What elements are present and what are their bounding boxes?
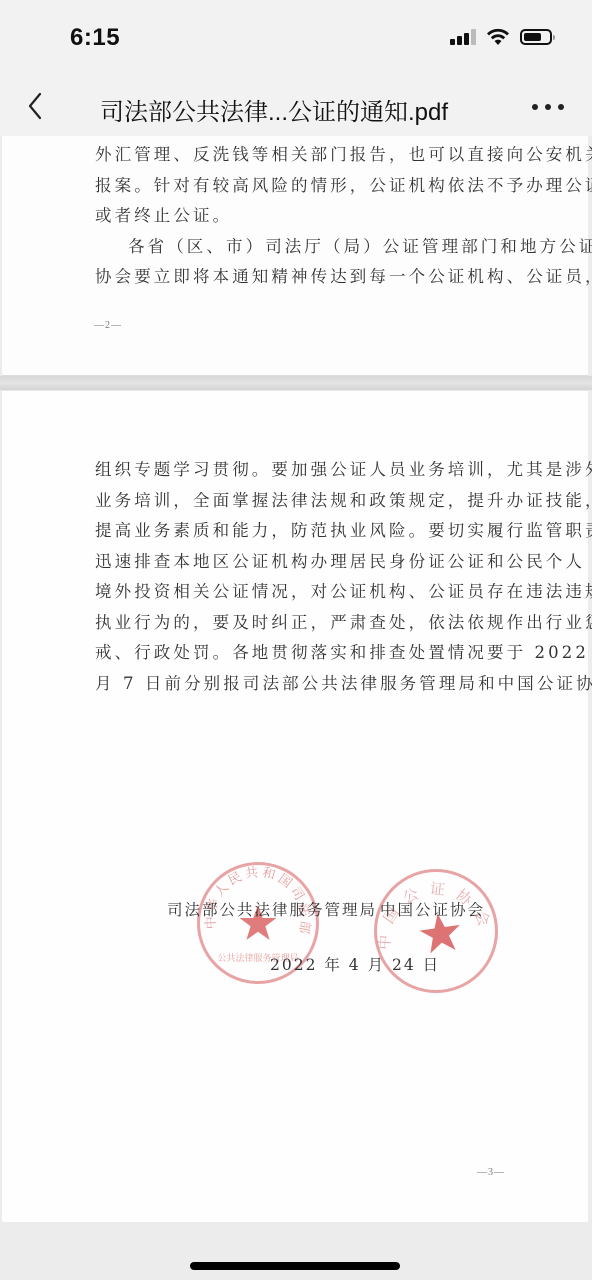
wifi-icon bbox=[486, 28, 510, 46]
pdf-page-3: 组织专题学习贯彻。要加强公证人员业务培训，尤其是涉外 业务培训，全面掌握法律法规… bbox=[2, 390, 588, 1222]
text-line: 协会要立即将本通知精神传达到每一个公证机构、公证员， bbox=[95, 262, 515, 293]
page-separator bbox=[0, 376, 592, 390]
text-line: 执业行为的，要及时纠正，严肃查处，依法依规作出行业惩 bbox=[95, 608, 515, 639]
page-2-body: 外汇管理、反洗钱等相关部门报告，也可以直接向公安机关 报案。针对有较高风险的情形… bbox=[95, 140, 515, 293]
status-time: 6:15 bbox=[70, 24, 120, 52]
page-number: —2— bbox=[94, 320, 122, 331]
text-line: 外汇管理、反洗钱等相关部门报告，也可以直接向公安机关 bbox=[95, 140, 515, 171]
text-line: 提高业务素质和能力，防范执业风险。要切实履行监管职责， bbox=[95, 516, 515, 547]
document-date: 2022 年 4 月 24 日 bbox=[270, 953, 440, 975]
status-icons bbox=[450, 28, 552, 46]
home-indicator[interactable] bbox=[190, 1262, 400, 1270]
pdf-viewer[interactable]: 外汇管理、反洗钱等相关部门报告，也可以直接向公安机关 报案。针对有较高风险的情形… bbox=[0, 136, 592, 1280]
page-3-body: 组织专题学习贯彻。要加强公证人员业务培训，尤其是涉外 业务培训，全面掌握法律法规… bbox=[95, 455, 515, 699]
text-line: 报案。针对有较高风险的情形，公证机构依法不予办理公证 bbox=[95, 171, 515, 202]
text-line: 各省（区、市）司法厅（局）公证管理部门和地方公证 bbox=[95, 232, 515, 263]
battery-icon bbox=[520, 29, 552, 45]
chevron-left-icon bbox=[27, 92, 43, 120]
text-line: 业务培训，全面掌握法律法规和政策规定，提升办证技能， bbox=[95, 486, 515, 517]
more-options-button[interactable] bbox=[532, 92, 564, 122]
text-line: 迅速排查本地区公证机构办理居民身份证公证和公民个人 bbox=[95, 547, 515, 578]
text-line: 月 7 日前分别报司法部公共法律服务管理局和中国公证协会。 bbox=[95, 669, 515, 700]
signatory-ministry: 司法部公共法律服务管理局 bbox=[167, 898, 377, 920]
text-line: 组织专题学习贯彻。要加强公证人员业务培训，尤其是涉外 bbox=[95, 455, 515, 486]
status-bar: 6:15 bbox=[0, 0, 592, 80]
text-line: 境外投资相关公证情况，对公证机构、公证员存在违法违规 bbox=[95, 577, 515, 608]
text-line: 或者终止公证。 bbox=[95, 201, 515, 232]
ellipsis-icon bbox=[532, 104, 538, 110]
signatory-association: 中国公证协会 bbox=[380, 898, 485, 920]
text-line: 戒、行政处罚。各地贯彻落实和排查处置情况要于 2022 年 5 bbox=[95, 638, 515, 669]
document-title: 司法部公共法律...公证的通知.pdf bbox=[100, 92, 448, 127]
nav-bar: 司法部公共法律...公证的通知.pdf bbox=[0, 80, 592, 136]
cellular-signal-icon bbox=[450, 29, 476, 45]
back-button[interactable] bbox=[20, 88, 50, 124]
page-number: —3— bbox=[477, 1167, 505, 1178]
pdf-page-2: 外汇管理、反洗钱等相关部门报告，也可以直接向公安机关 报案。针对有较高风险的情形… bbox=[2, 136, 588, 376]
